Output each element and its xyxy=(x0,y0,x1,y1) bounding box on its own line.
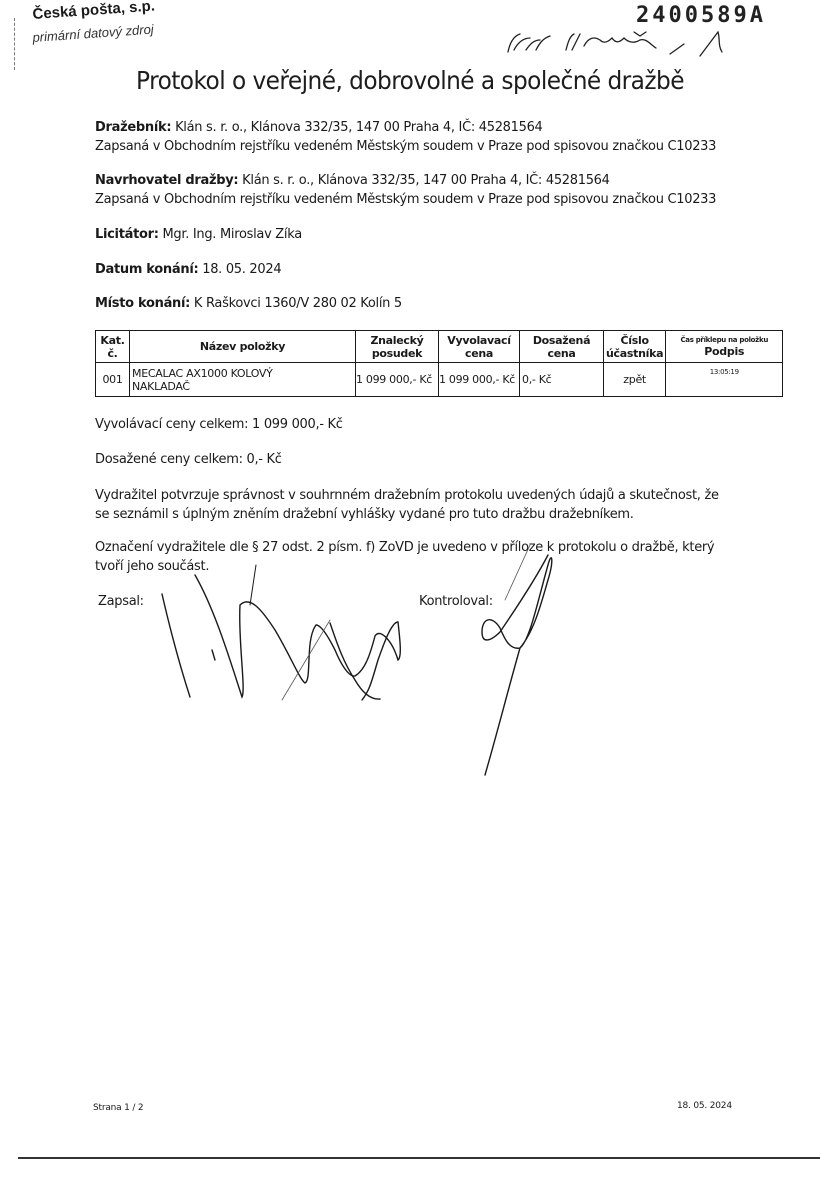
footer-date: 18. 05. 2024 xyxy=(677,1101,732,1111)
page-number: Strana 1 / 2 xyxy=(93,1103,143,1113)
bottom-rule xyxy=(18,1157,820,1159)
signature-checked-by xyxy=(482,555,552,775)
signature-recorded-by xyxy=(162,594,190,697)
signature-strokes xyxy=(0,0,820,820)
